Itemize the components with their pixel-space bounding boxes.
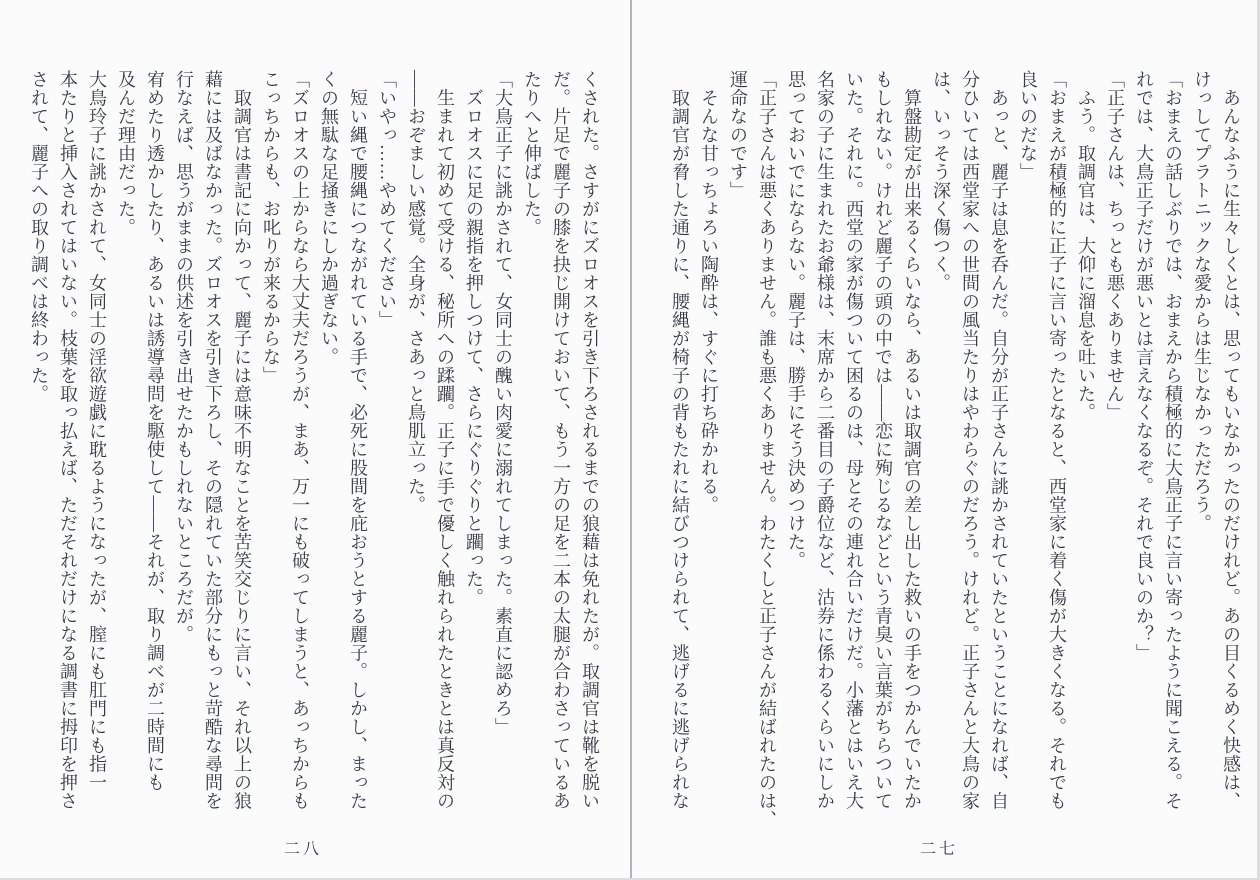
text-column: ふう。取調官は、大仰に溜息を吐いた。 (1071, 70, 1100, 814)
book-spread: くされた。さすがにズロオスを引き下ろされるまでの狼藉は免れたが。取調官は靴を脱い… (0, 0, 1260, 880)
text-column: もしれない。けれど麗子の頭の中では――恋に殉じるなどという青臭い言葉がちらついて (868, 70, 897, 814)
text-column: 生まれて初めて受ける、秘所への蹂躙。正子に手で優しく触れられたときとは真反対の (430, 70, 459, 814)
text-column: 思っておいでにならない。麗子は、勝手にそう決めつけた。 (781, 70, 810, 814)
text-column: 短い縄で腰縄につながれている手で、必死に股間を庇おうとする麗子。しかし、まった (343, 70, 372, 814)
text-column: 名家の子に生まれたお爺様は、末席から二番目の子爵位など、沽券に係わるくらいにしか (810, 70, 839, 814)
page-number-left: 二八 (284, 836, 322, 859)
page-divider (630, 0, 632, 880)
page-number-right: 二七 (920, 836, 958, 859)
text-column: そんな甘っちょろい陶酔は、すぐに打ち砕かれる。 (694, 70, 723, 814)
text-column: 「正子さんは悪くありません。誰も悪くありません。わたくしと正子さんが結ばれたのは… (752, 70, 781, 814)
text-column: は、いっそう深く傷つく。 (926, 70, 955, 814)
text-column: 「正子さんは、ちっとも悪くありません」 (1100, 70, 1129, 814)
page-left-text: くされた。さすがにズロオスを引き下ろされるまでの狼藉は免れたが。取調官は靴を脱い… (24, 70, 604, 814)
text-column: れでは、大鳥正子だけが悪いとは言えなくなるぞ。それで良いのか？」 (1129, 70, 1158, 814)
text-column: ――おぞましい感覚。全身が、さあっと鳥肌立った。 (401, 70, 430, 814)
text-column: 良いのだな」 (1013, 70, 1042, 814)
text-column: 藉には及ばなかった。ズロオスを引き下ろし、その隠れていた部分にもっと苛酷な尋問を (198, 70, 227, 814)
text-column: 「おまえの話しぶりでは、おまえから積極的に大鳥正子に言い寄ったように聞こえる。そ (1158, 70, 1187, 814)
text-column: くの無駄な足掻きにしか過ぎない。 (314, 70, 343, 814)
text-column: だ。片足で麗子の膝を抉じ開けておいて、もう一方の足を二本の太腿が合わさっているあ (546, 70, 575, 814)
text-column: たりへと伸ばした。 (517, 70, 546, 814)
text-column: 宥めたり透かしたり、あるいは誘導尋問を駆使して――それが、取り調べが二時間にも (140, 70, 169, 814)
text-column: 分ひいては西堂家への世間の風当たりはやわらぐのだろう。けれど。正子さんと大鳥の家 (955, 70, 984, 814)
text-column: 取調官は書記に向かって、麗子には意味不明なことを苦笑交じりに言い、それ以上の狼 (227, 70, 256, 814)
text-column: 「大鳥正子に誂かされて、女同士の醜い肉愛に溺れてしまった。素直に認めろ」 (488, 70, 517, 814)
text-column: 大鳥玲子に誂かされて、女同士の淫欲遊戯に耽るようになったが、膣にも肛門にも指一 (82, 70, 111, 814)
text-column: 運命なのです」 (723, 70, 752, 814)
page-right-text: あんなふうに生々しくとは、思ってもいなかったのだけれど。あの目くるめく快感は、け… (665, 70, 1245, 814)
text-column: 及んだ理由だった。 (111, 70, 140, 814)
text-column: 「おまえが積極的に正子に言い寄ったとなると、西堂家に着く傷が大きくなる。それでも (1042, 70, 1071, 814)
text-column: 「いやっ……やめてください」 (372, 70, 401, 814)
text-column: 行なえば、思うがままの供述を引き出せたかもしれないところだが。 (169, 70, 198, 814)
text-column: 本たりと挿入されてはいない。枝葉を取っ払えば、ただそれだけになる調書に拇印を押さ (53, 70, 82, 814)
text-column: くされた。さすがにズロオスを引き下ろされるまでの狼藉は免れたが。取調官は靴を脱い (575, 70, 604, 814)
text-column: されて、麗子への取り調べは終わった。 (24, 70, 53, 814)
text-column: あんなふうに生々しくとは、思ってもいなかったのだけれど。あの目くるめく快感は、 (1216, 70, 1245, 814)
text-column: 算盤勘定が出来るくらいなら、あるいは取調官の差し出した救いの手をつかんでいたか (897, 70, 926, 814)
text-column: 取調官が脅した通りに、腰縄が椅子の背もたれに結びつけられて、逃げるに逃げられな (665, 70, 694, 814)
text-column: あっと、麗子は息を呑んだ。自分が正子さんに誂かされていたということになれば、自 (984, 70, 1013, 814)
text-column: いた。それに。西堂の家が傷ついて困るのは、母とその連れ合いだけだ。小藩とはいえ大 (839, 70, 868, 814)
text-column: ズロオスに足の親指を押しつけて、さらにぐりぐりと躙った。 (459, 70, 488, 814)
text-column: 「ズロオスの上からなら大丈夫だろうが、まあ、万一にも破ってしまうと、あっちからも (285, 70, 314, 814)
text-column: こっちからも、お叱りが来るからな」 (256, 70, 285, 814)
text-column: けっしてプラトニックな愛からは生じなかっただろう。 (1187, 70, 1216, 814)
